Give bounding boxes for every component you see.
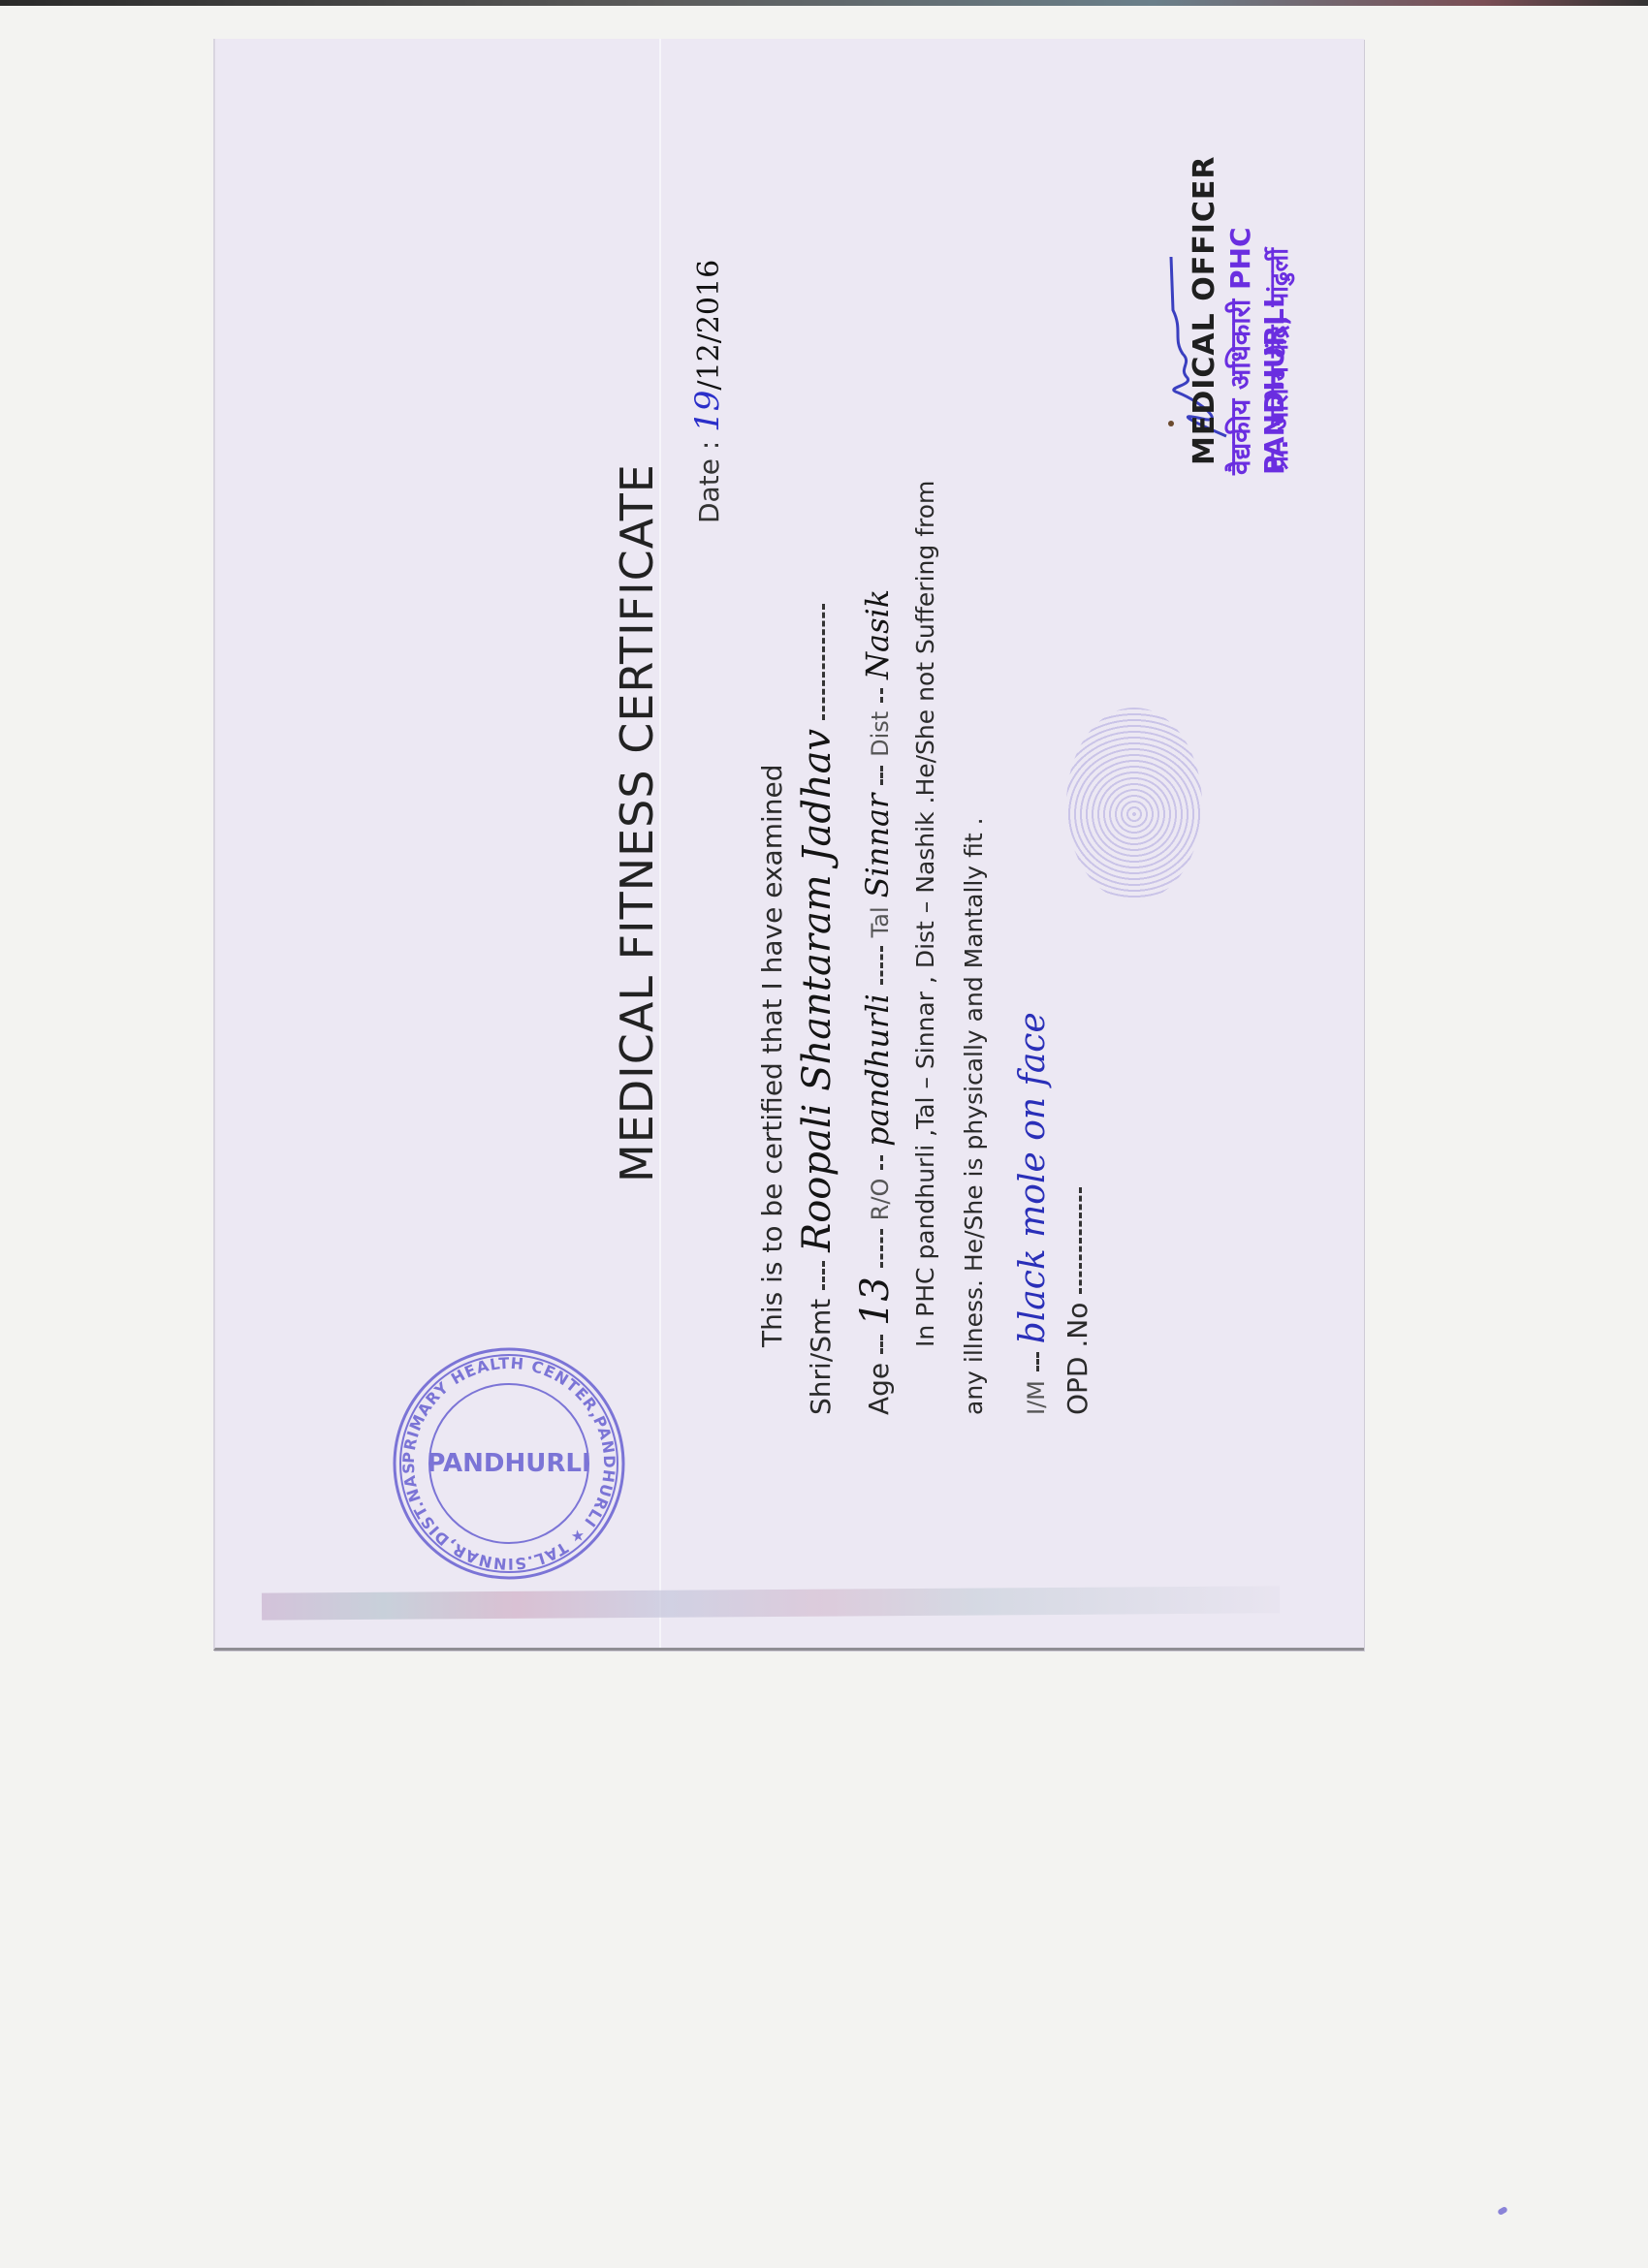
intro-text: This is to be certified that I have exam… (756, 764, 788, 1347)
date-field: Date : 19/12/2016 (688, 260, 727, 523)
im-value: black mole on face (1013, 1012, 1053, 1343)
opd-row: OPD .No (1062, 1187, 1093, 1415)
seal-center-text: PANDHURLI (427, 1449, 590, 1478)
name-value: Roopali Shantaram Jadhav (795, 729, 840, 1252)
name-label: Shri/Smt (805, 1299, 837, 1415)
body-line-1: In PHC pandhurli ,Tal – Sinnar , Dist – … (911, 481, 939, 1347)
name-row: Shri/Smt Roopali Shantaram Jadhav (795, 604, 840, 1415)
phc-seal-stamp: PRIMARY HEALTH CENTER,PANDHURLI ★ TAL.SI… (388, 1342, 630, 1585)
ro-value: pandhurli (859, 993, 896, 1147)
body-line-2: any illness. He/She is physically and Ma… (960, 817, 988, 1415)
scanner-edge (0, 0, 1648, 6)
age-value: 13 (853, 1276, 898, 1326)
intro-line: This is to be certified that I have exam… (756, 764, 788, 1347)
address-row: Age 13 R/O pandhurli Tal Sinnar Dist Nas… (853, 589, 898, 1415)
age-label: Age (863, 1363, 895, 1415)
fingerprint-mark (1066, 708, 1202, 901)
certificate-title: MEDICAL FITNESS CERTIFICATE (611, 463, 663, 1182)
ink-speck (1168, 421, 1174, 426)
date-day-value: 19 (688, 391, 727, 432)
im-row: I/M black mole on face (1013, 1012, 1053, 1415)
medical-officer-title: MEDICAL OFFICER (1188, 156, 1221, 465)
im-label: I/M (1023, 1380, 1050, 1415)
medical-certificate: PRIMARY HEALTH CENTER,PANDHURLI ★ TAL.SI… (213, 68, 1299, 1638)
tal-value: Sinnar (859, 794, 896, 898)
tal-label: Tal (867, 906, 894, 937)
date-label: Date : (693, 441, 725, 523)
ink-mark (1497, 2206, 1508, 2216)
ro-label: R/O (867, 1179, 894, 1221)
opd-label: OPD .No (1062, 1303, 1093, 1415)
date-rest-value: /12/2016 (692, 260, 726, 391)
dist-label: Dist (867, 711, 894, 757)
dist-value: Nasik (859, 589, 896, 679)
officer-stamp-line-2: प्रा. आरोग्य केंद्र, पांढुर्ली (1260, 248, 1295, 470)
